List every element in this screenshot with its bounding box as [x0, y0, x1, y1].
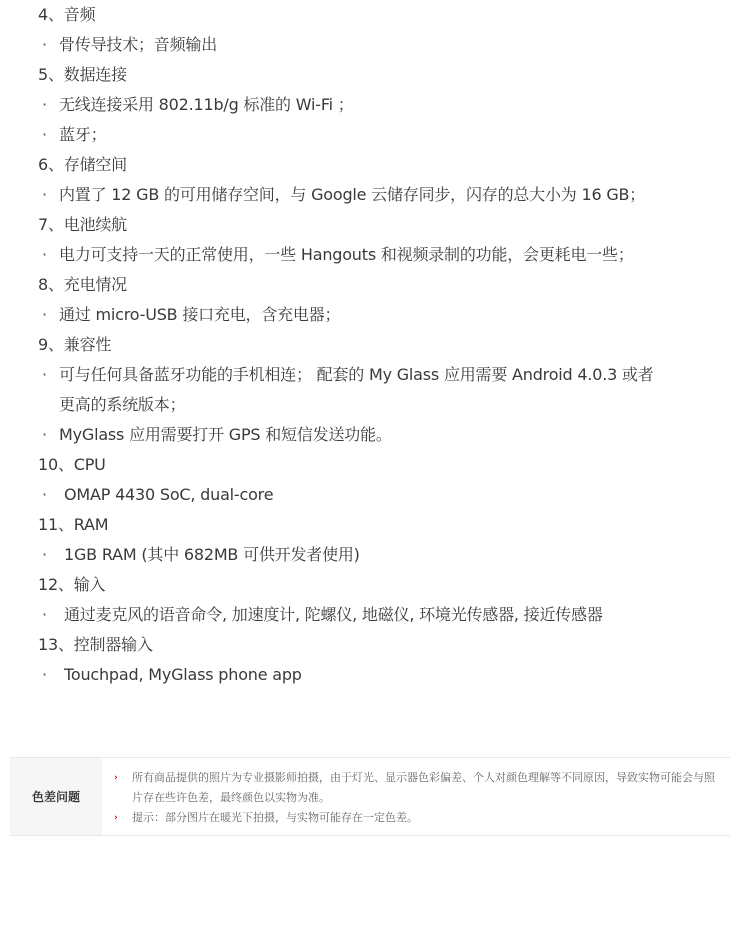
bullet-dot-icon: ·	[42, 180, 59, 210]
bullet-dot-icon: ·	[42, 30, 59, 60]
spec-item: ·OMAP 4430 SoC, dual-core	[38, 480, 718, 510]
spec-item: ·电力可支持一天的正常使用，一些 Hangouts 和视频录制的功能，会更耗电一…	[38, 240, 718, 270]
bullet-dot-icon: ·	[42, 420, 59, 450]
spec-item: ·Touchpad, MyGlass phone app	[38, 660, 718, 690]
spec-item-continuation: 更高的系统版本；	[38, 390, 718, 420]
notice-label: 色差问题	[10, 758, 102, 835]
spec-heading-ram: 11、RAM	[38, 510, 718, 540]
bullet-dot-icon: ·	[42, 480, 64, 510]
spec-item: ·MyGlass 应用需要打开 GPS 和短信发送功能。	[38, 420, 718, 450]
spec-item: ·1GB RAM (其中 682MB 可供开发者使用)	[38, 540, 718, 570]
spec-heading-input: 12、输入	[38, 570, 718, 600]
notice-text: 所有商品提供的照片为专业摄影师拍摄，由于灯光、显示器色彩偏差、个人对颜色理解等不…	[132, 768, 720, 808]
spec-heading-audio: 4、音频	[38, 0, 718, 30]
red-arrow-icon: ›	[114, 768, 132, 808]
spec-item: ·骨传导技术；音频输出	[38, 30, 718, 60]
bullet-dot-icon: ·	[42, 600, 64, 630]
bullet-dot-icon: ·	[42, 240, 59, 270]
red-arrow-icon: ›	[114, 808, 132, 828]
spec-heading-storage: 6、存储空间	[38, 150, 718, 180]
bullet-dot-icon: ·	[42, 660, 64, 690]
spec-heading-data: 5、数据连接	[38, 60, 718, 90]
spec-list: 4、音频 ·骨传导技术；音频输出 5、数据连接 ·无线连接采用 802.11b/…	[38, 0, 718, 690]
notice-item: › 所有商品提供的照片为专业摄影师拍摄，由于灯光、显示器色彩偏差、个人对颜色理解…	[114, 768, 720, 808]
spec-heading-controller: 13、控制器输入	[38, 630, 718, 660]
spec-item: ·可与任何具备蓝牙功能的手机相连； 配套的 My Glass 应用需要 Andr…	[38, 360, 718, 390]
spec-item: ·蓝牙；	[38, 120, 718, 150]
spec-heading-charging: 8、充电情况	[38, 270, 718, 300]
spec-item: ·内置了 12 GB 的可用储存空间，与 Google 云储存同步，闪存的总大小…	[38, 180, 718, 210]
spec-heading-cpu: 10、CPU	[38, 450, 718, 480]
notice-item: › 提示：部分图片在暖光下拍摄，与实物可能存在一定色差。	[114, 808, 720, 828]
spec-item: ·通过麦克风的语音命令, 加速度计, 陀螺仪, 地磁仪, 环境光传感器, 接近传…	[38, 600, 718, 630]
notice-text: 提示：部分图片在暖光下拍摄，与实物可能存在一定色差。	[132, 808, 418, 828]
notice-body: › 所有商品提供的照片为专业摄影师拍摄，由于灯光、显示器色彩偏差、个人对颜色理解…	[102, 758, 730, 835]
bullet-dot-icon: ·	[42, 90, 59, 120]
spec-item: ·无线连接采用 802.11b/g 标准的 Wi-Fi ；	[38, 90, 718, 120]
bullet-dot-icon: ·	[42, 360, 59, 390]
spec-heading-battery: 7、电池续航	[38, 210, 718, 240]
color-difference-notice: 色差问题 › 所有商品提供的照片为专业摄影师拍摄，由于灯光、显示器色彩偏差、个人…	[10, 757, 730, 836]
bullet-dot-icon: ·	[42, 300, 59, 330]
spec-item: ·通过 micro-USB 接口充电，含充电器；	[38, 300, 718, 330]
bullet-dot-icon: ·	[42, 120, 59, 150]
bullet-dot-icon: ·	[42, 540, 64, 570]
spec-heading-compat: 9、兼容性	[38, 330, 718, 360]
